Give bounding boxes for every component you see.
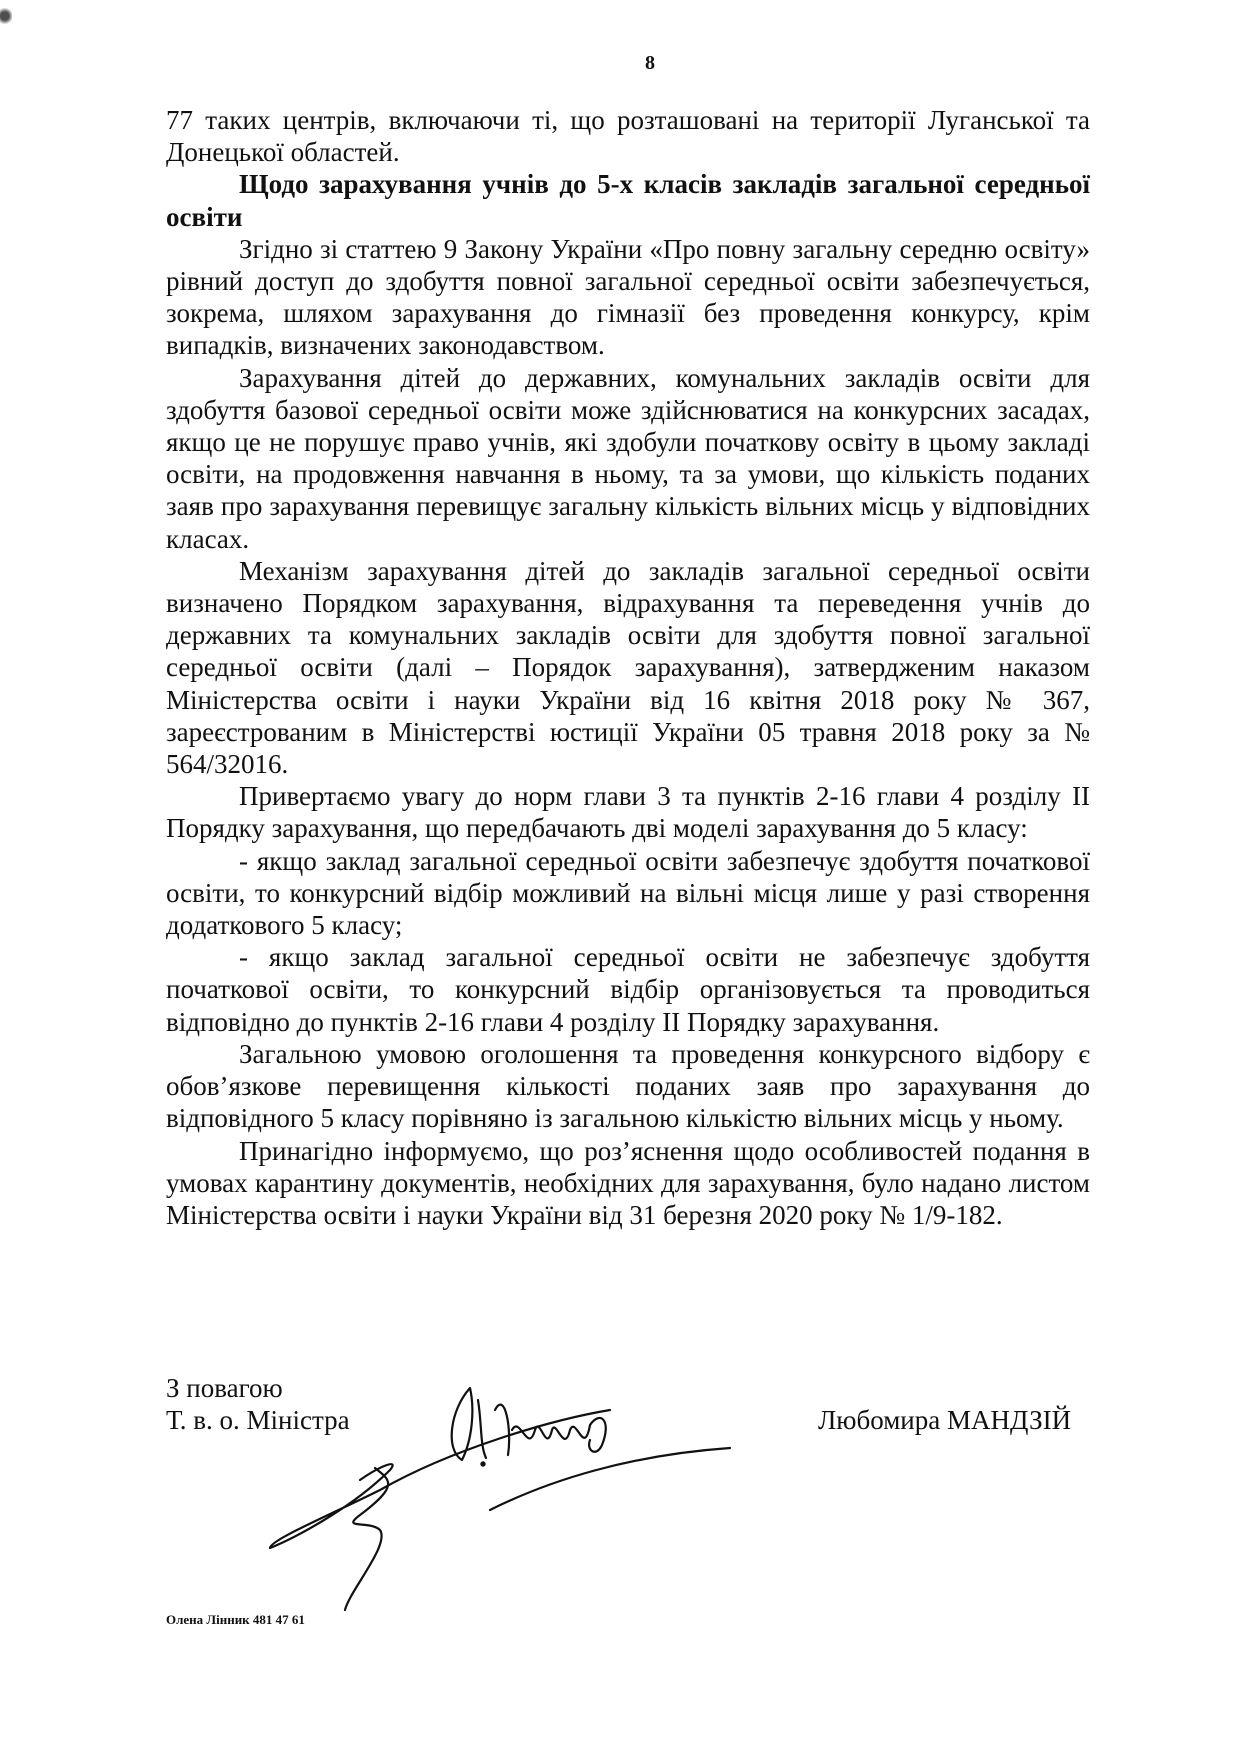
paragraph: Загальною умовою оголошення та проведенн… bbox=[166, 1038, 1090, 1135]
handwritten-signature-icon bbox=[250, 1370, 810, 1630]
paragraph: Принагідно інформуємо, що роз’яснення що… bbox=[166, 1135, 1090, 1232]
section-heading: Щодо зарахування учнів до 5-х класів зак… bbox=[166, 168, 1090, 232]
paragraph: Механізм зарахування дітей до закладів з… bbox=[166, 555, 1090, 780]
paragraph: Привертаємо увагу до норм глави 3 та пун… bbox=[166, 780, 1090, 844]
list-item: - якщо заклад загальної середньої освіти… bbox=[166, 845, 1090, 942]
paragraph-continuation: 77 таких центрів, включаючи ті, що розта… bbox=[166, 104, 1090, 168]
scan-artifact bbox=[0, 4, 12, 24]
paragraph: Згідно зі статтею 9 Закону України «Про … bbox=[166, 233, 1090, 362]
executor-contact: Олена Лінник 481 47 61 bbox=[166, 1612, 305, 1628]
page-number: 8 bbox=[0, 52, 1240, 75]
signer-name: Любомира МАНДЗІЙ bbox=[818, 1404, 1071, 1436]
list-item: - якщо заклад загальної середньої освіти… bbox=[166, 941, 1090, 1038]
letter-body: 77 таких центрів, включаючи ті, що розта… bbox=[166, 104, 1090, 1231]
paragraph: Зарахування дітей до державних, комуналь… bbox=[166, 362, 1090, 555]
